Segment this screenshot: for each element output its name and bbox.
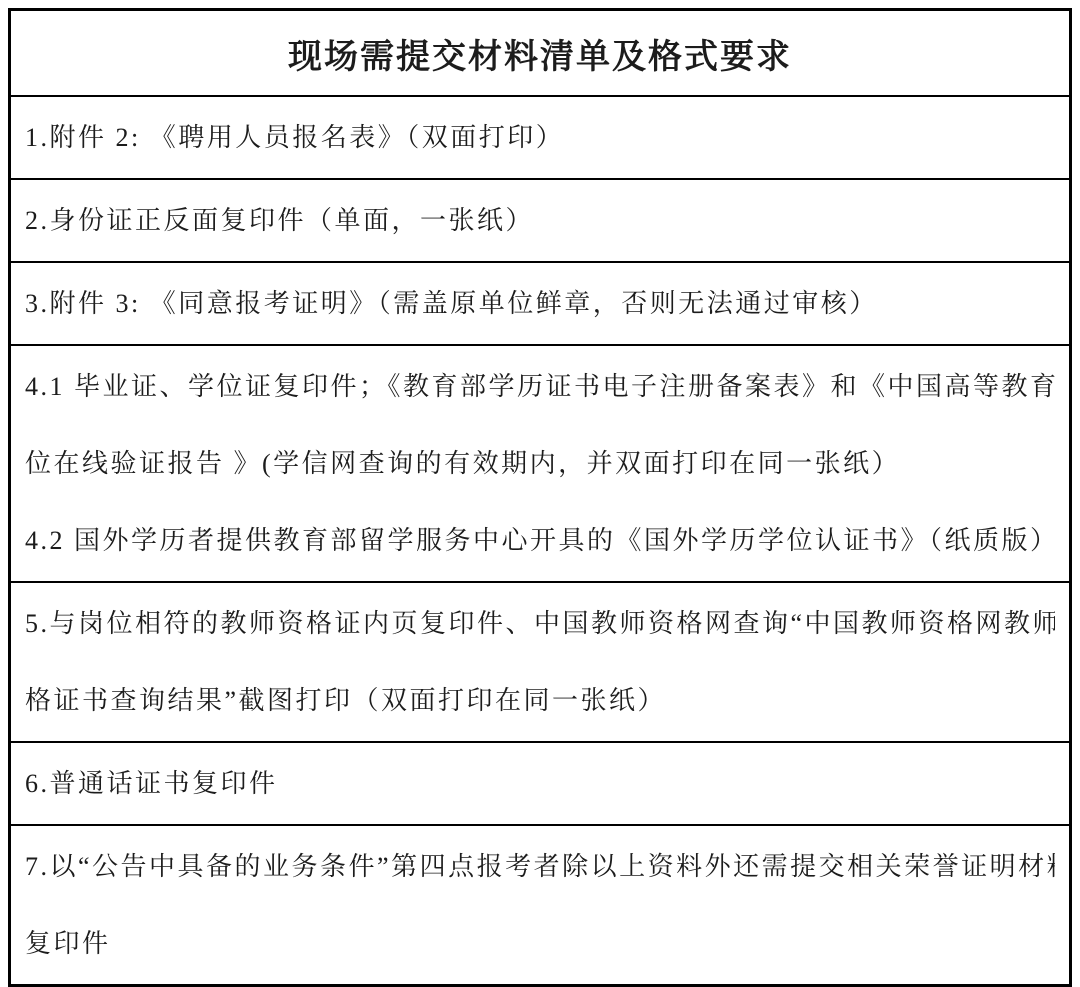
row-line: 位在线验证报告 》(学信网查询的有效期内，并双面打印在同一张纸）	[25, 425, 1055, 502]
row-line: 1.附件 2: 《聘用人员报名表》（双面打印）	[25, 99, 1055, 176]
row-line: 4.2 国外学历者提供教育部留学服务中心开具的《国外学历学位认证书》（纸质版）	[25, 502, 1055, 579]
table-row: 3.附件 3: 《同意报考证明》（需盖原单位鲜章，否则无法通过审核）	[11, 261, 1069, 344]
table-row: 2.身份证正反面复印件（单面，一张纸）	[11, 178, 1069, 261]
table-rows: 1.附件 2: 《聘用人员报名表》（双面打印）2.身份证正反面复印件（单面，一张…	[11, 95, 1069, 984]
table-row: 1.附件 2: 《聘用人员报名表》（双面打印）	[11, 95, 1069, 178]
table-row: 6.普通话证书复印件	[11, 741, 1069, 824]
table-title: 现场需提交材料清单及格式要求	[288, 29, 792, 78]
table-row: 7.以“公告中具备的业务条件”第四点报考者除以上资料外还需提交相关荣誉证明材料复…	[11, 824, 1069, 984]
row-line: 4.1 毕业证、学位证复印件；《教育部学历证书电子注册备案表》和《中国高等教育学	[25, 348, 1055, 425]
row-line: 2.身份证正反面复印件（单面，一张纸）	[25, 182, 1055, 259]
table-row: 5.与岗位相符的教师资格证内页复印件、中国教师资格网查询“中国教师资格网教师资格…	[11, 581, 1069, 741]
table-row: 4.1 毕业证、学位证复印件；《教育部学历证书电子注册备案表》和《中国高等教育学…	[11, 344, 1069, 581]
row-line: 复印件	[25, 905, 1055, 982]
materials-table: 现场需提交材料清单及格式要求 1.附件 2: 《聘用人员报名表》（双面打印）2.…	[8, 8, 1072, 987]
row-line: 3.附件 3: 《同意报考证明》（需盖原单位鲜章，否则无法通过审核）	[25, 265, 1055, 342]
row-line: 6.普通话证书复印件	[25, 745, 1055, 822]
row-line: 5.与岗位相符的教师资格证内页复印件、中国教师资格网查询“中国教师资格网教师资	[25, 585, 1055, 662]
row-line: 7.以“公告中具备的业务条件”第四点报考者除以上资料外还需提交相关荣誉证明材料	[25, 828, 1055, 905]
row-line: 格证书查询结果”截图打印（双面打印在同一张纸）	[25, 662, 1055, 739]
document-page: 现场需提交材料清单及格式要求 1.附件 2: 《聘用人员报名表》（双面打印）2.…	[0, 8, 1080, 972]
table-title-row: 现场需提交材料清单及格式要求	[11, 11, 1069, 95]
